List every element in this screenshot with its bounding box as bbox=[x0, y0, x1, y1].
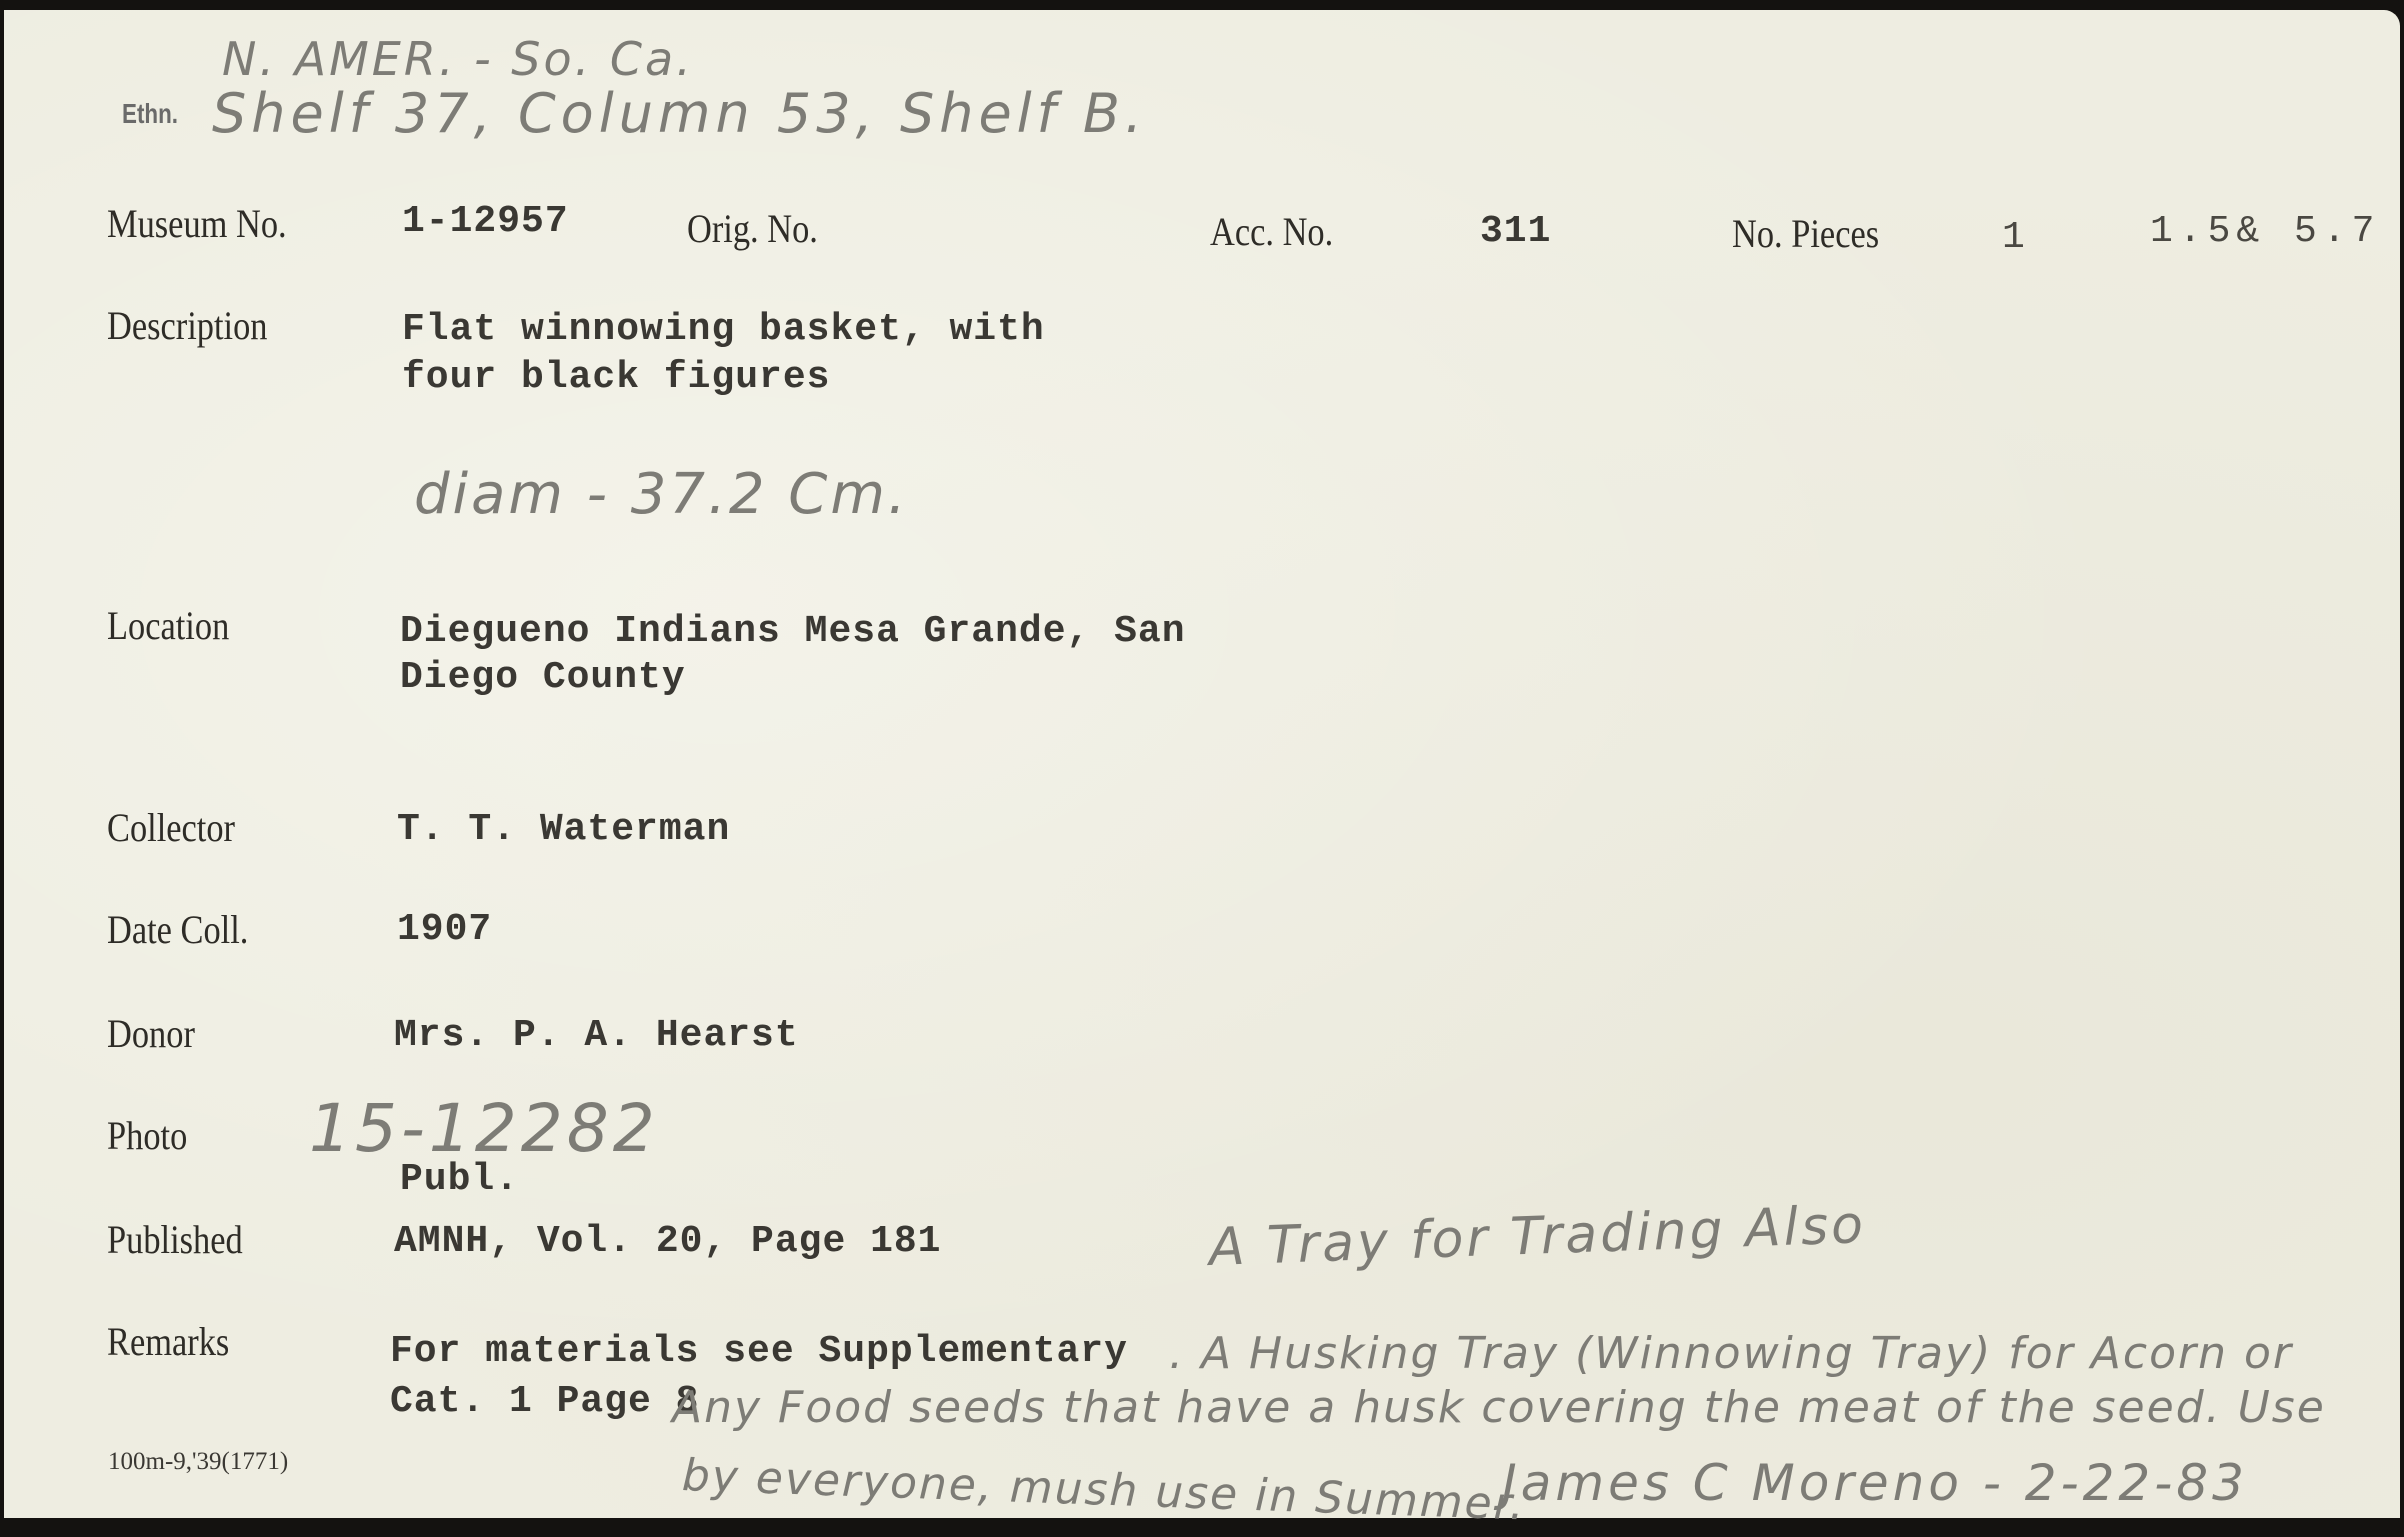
catalog-card: N. AMER. - So. Ca. Ethn. Shelf 37, Colum… bbox=[4, 10, 2400, 1518]
museum-no-label: Museum No. bbox=[107, 200, 287, 247]
no-pieces-label: No. Pieces bbox=[1732, 210, 1879, 257]
donor-label: Donor bbox=[107, 1010, 195, 1057]
orig-no-label: Orig. No. bbox=[687, 205, 818, 252]
published-label: Published bbox=[107, 1216, 243, 1263]
acc-no-value: 311 bbox=[1480, 210, 1551, 253]
dimensions-value: 1.5& 5.7 bbox=[2150, 210, 2380, 253]
museum-no-value: 1-12957 bbox=[402, 200, 569, 243]
description-label: Description bbox=[107, 302, 267, 349]
photo-label: Photo bbox=[107, 1112, 187, 1159]
donor-value: Mrs. P. A. Hearst bbox=[394, 1014, 799, 1057]
description-line-1: Flat winnowing basket, with bbox=[402, 308, 1045, 351]
remarks-typed-line-2: Cat. 1 Page 8 bbox=[390, 1380, 699, 1423]
remarks-typed-line-1: For materials see Supplementary bbox=[390, 1330, 1128, 1373]
form-code: 100m-9,'39(1771) bbox=[108, 1448, 288, 1476]
acc-no-label: Acc. No. bbox=[1210, 208, 1333, 255]
location-line-2: Diego County bbox=[400, 656, 686, 699]
no-pieces-value: 1 bbox=[2002, 216, 2026, 259]
remarks-label: Remarks bbox=[107, 1318, 229, 1365]
region-handwritten: N. AMER. - So. Ca. bbox=[222, 32, 694, 86]
date-coll-label: Date Coll. bbox=[107, 906, 248, 953]
storage-location-handwritten: Shelf 37, Column 53, Shelf B. bbox=[212, 82, 1147, 145]
location-line-1: Diegueno Indians Mesa Grande, San bbox=[400, 610, 1186, 653]
diameter-handwritten: diam - 37.2 Cm. bbox=[414, 462, 909, 527]
collector-label: Collector bbox=[107, 804, 235, 851]
trading-note-handwritten: A Tray for Trading Also bbox=[1208, 1195, 1867, 1278]
published-value: AMNH, Vol. 20, Page 181 bbox=[394, 1220, 942, 1263]
signature-date-handwritten: James C Moreno - 2-22-83 bbox=[1502, 1454, 2248, 1512]
department-label: Ethn. bbox=[122, 98, 178, 130]
remarks-handwritten-line-3: by everyone, mush use in Summer. bbox=[681, 1450, 1527, 1530]
remarks-handwritten-line-1: . A Husking Tray (Winnowing Tray) for Ac… bbox=[1169, 1328, 2293, 1379]
collector-value: T. T. Waterman bbox=[397, 808, 730, 851]
location-label: Location bbox=[107, 602, 229, 649]
date-coll-value: 1907 bbox=[397, 908, 492, 951]
description-line-2: four black figures bbox=[402, 356, 830, 399]
remarks-handwritten-line-2: Any Food seeds that have a husk covering… bbox=[672, 1382, 2326, 1433]
publ-label: Publ. bbox=[400, 1158, 519, 1201]
photo-number-handwritten: 15-12282 bbox=[309, 1090, 659, 1167]
